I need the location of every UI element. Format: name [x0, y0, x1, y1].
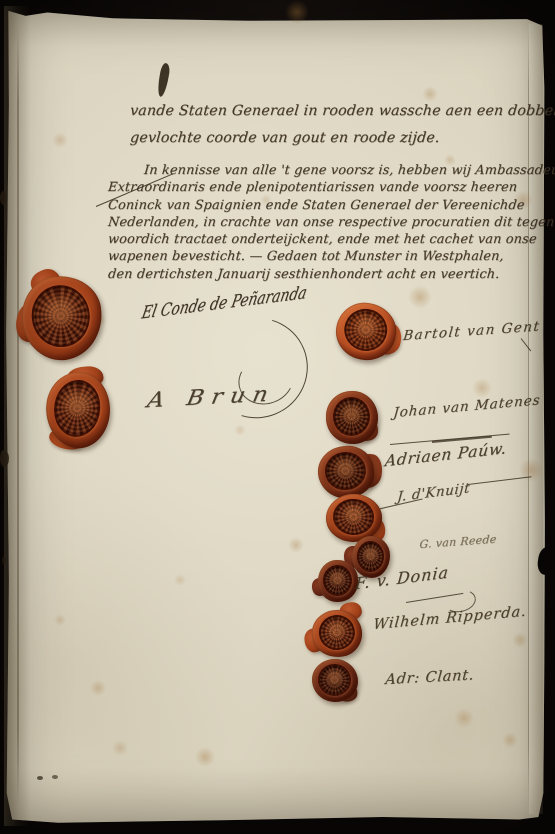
seal-imprint: [357, 541, 384, 572]
foxing-stain: [519, 458, 543, 482]
wax-seal-left-2: [42, 369, 114, 451]
foxing-stain: [234, 424, 246, 436]
foxing-stain: [502, 732, 518, 748]
seal-imprint: [324, 450, 368, 492]
foxing-stain: [90, 680, 106, 696]
wax-seal-col-2: [326, 391, 378, 444]
foxing-stain: [408, 285, 432, 309]
handwriting-line: In kennisse van alle 't gene voorsz is, …: [107, 162, 555, 179]
seal-imprint: [323, 565, 352, 596]
handwritten-paragraph-closing: In kennisse van alle 't gene voorsz is, …: [108, 162, 555, 283]
wax-body: [332, 298, 401, 365]
handwriting-line: vande Staten Generael in rooden wassche …: [129, 98, 555, 125]
ink-blot: [2, 556, 6, 565]
foxing-stain: [512, 632, 528, 648]
wax-seal-col-6: [318, 560, 358, 602]
wax-body: [316, 444, 376, 501]
seal-imprint: [333, 397, 370, 436]
seal-imprint: [332, 498, 375, 536]
wax-seal-left-1: [17, 271, 108, 365]
ink-blot: [37, 776, 43, 780]
binding-crease: [17, 26, 19, 806]
seal-imprint: [28, 282, 94, 352]
handwriting-line: Extraordinaris ende plenipotentiarissen …: [107, 179, 555, 196]
wax-body: [326, 391, 378, 444]
wax-seal-col-1: [332, 298, 401, 365]
foxing-stain: [52, 132, 68, 148]
ink-blot: [0, 191, 7, 205]
handwritten-paragraph-top: vande Staten Generael in rooden wassche …: [130, 98, 555, 152]
handwriting-line: Coninck van Spaignien ende Staten Genera…: [107, 197, 555, 214]
seal-imprint: [317, 613, 356, 651]
handwriting-line: den dertichsten Januarij sesthienhondert…: [107, 266, 555, 283]
foxing-stain: [454, 708, 474, 728]
seal-imprint: [341, 306, 391, 355]
foxing-stain: [54, 614, 66, 626]
wax-seal-col-7: [310, 608, 365, 660]
handwriting-line: Nederlanden, in crachte van onse respect…: [107, 214, 555, 231]
foxing-stain: [472, 378, 492, 398]
ink-blot: [0, 450, 9, 467]
handwriting-line: gevlochte coorde van gout en roode zijde…: [129, 125, 555, 152]
foxing-stain: [174, 574, 186, 586]
ink-blot: [52, 775, 58, 779]
handwriting-line: wapenen bevesticht. — Gedaen tot Munster…: [107, 248, 555, 265]
foxing-stain: [285, 0, 309, 24]
seal-imprint: [317, 663, 352, 697]
foxing-stain: [195, 747, 215, 767]
handwriting-line: woordich tractaet onderteijckent, ende m…: [107, 231, 555, 248]
treaty-photograph: vande Staten Generael in rooden wassche …: [0, 0, 555, 834]
wax-seal-col-8: [311, 658, 359, 703]
foxing-stain: [288, 537, 304, 553]
wax-seal-col-3: [316, 444, 376, 501]
wax-body: [318, 560, 358, 602]
seal-imprint: [52, 378, 104, 439]
foxing-stain: [112, 740, 128, 756]
